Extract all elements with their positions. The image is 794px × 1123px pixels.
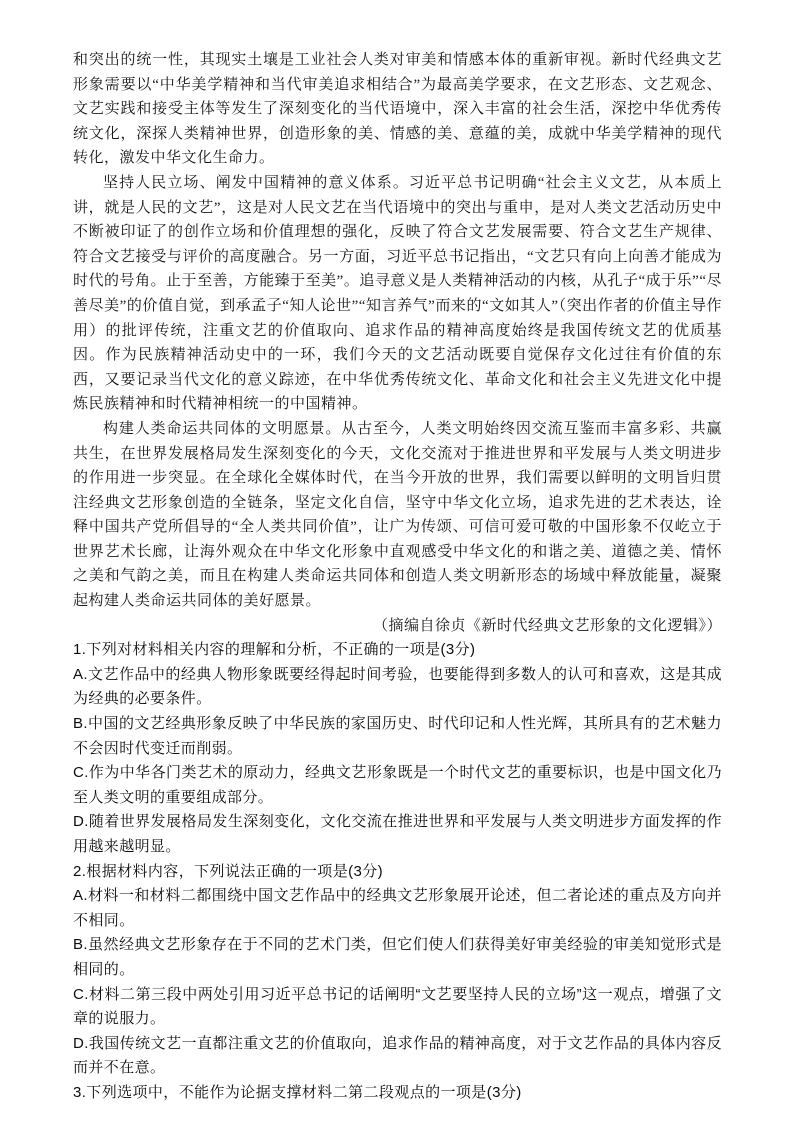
question-2-option-b: B.虽然经典文艺形象存在于不同的艺术门类，但它们使人们获得美好审美经验的审美知觉… xyxy=(73,933,722,982)
questions-section: 1.下列对材料相关内容的理解和分析，不正确的一项是(3分) A.文艺作品中的经典… xyxy=(73,638,722,1105)
question-2-option-c: C.材料二第三段中两处引用习近平总书记的话阐明“文艺要坚持人民的立场”这一观点，… xyxy=(73,983,722,1032)
question-2-stem: 2.根据材料内容，下列说法正确的一项是(3分) xyxy=(73,860,722,885)
question-2-option-d: D.我国传统文艺一直都注重文艺的价值取向，追求作品的精神高度，对于文艺作品的具体… xyxy=(73,1032,722,1081)
question-1-option-b: B.中国的文艺经典形象反映了中华民族的家国历史、时代印记和人性光辉，其所具有的艺… xyxy=(73,712,722,761)
question-2-option-a: A.材料一和材料二都围绕中国文艺作品中的经典文艺形象展开论述，但二者论述的重点及… xyxy=(73,884,722,933)
question-3-stem: 3.下列选项中，不能作为论据支撑材料二第二段观点的一项是(3分) xyxy=(73,1081,722,1106)
question-1-option-d: D.随着世界发展格局发生深刻变化，文化交流在推进世界和平发展与人类文明进步方面发… xyxy=(73,810,722,859)
material-paragraph-continuation: 和突出的统一性，其现实土壤是工业社会人类对审美和情感本体的重新审视。新时代经典文… xyxy=(73,48,722,171)
source-attribution: （摘编自徐贞《新时代经典文艺形象的文化逻辑》） xyxy=(73,614,722,639)
material-paragraph-community-vision: 构建人类命运共同体的文明愿景。从古至今，人类文明始终因交流互鉴而丰富多彩、共赢共… xyxy=(73,417,722,614)
material-paragraph-people-stance: 坚持人民立场、阐发中国精神的意义体系。习近平总书记明确“社会主义文艺，从本质上讲… xyxy=(73,171,722,417)
exam-page: 和突出的统一性，其现实土壤是工业社会人类对审美和情感本体的重新审视。新时代经典文… xyxy=(0,0,794,1123)
question-1-option-c: C.作为中华各门类艺术的原动力，经典文艺形象既是一个时代文艺的重要标识，也是中国… xyxy=(73,761,722,810)
question-1-stem: 1.下列对材料相关内容的理解和分析，不正确的一项是(3分) xyxy=(73,638,722,663)
reading-material-section: 和突出的统一性，其现实土壤是工业社会人类对审美和情感本体的重新审视。新时代经典文… xyxy=(73,48,722,638)
question-1-option-a: A.文艺作品中的经典人物形象既要经得起时间考验，也要能得到多数人的认可和喜欢，这… xyxy=(73,663,722,712)
